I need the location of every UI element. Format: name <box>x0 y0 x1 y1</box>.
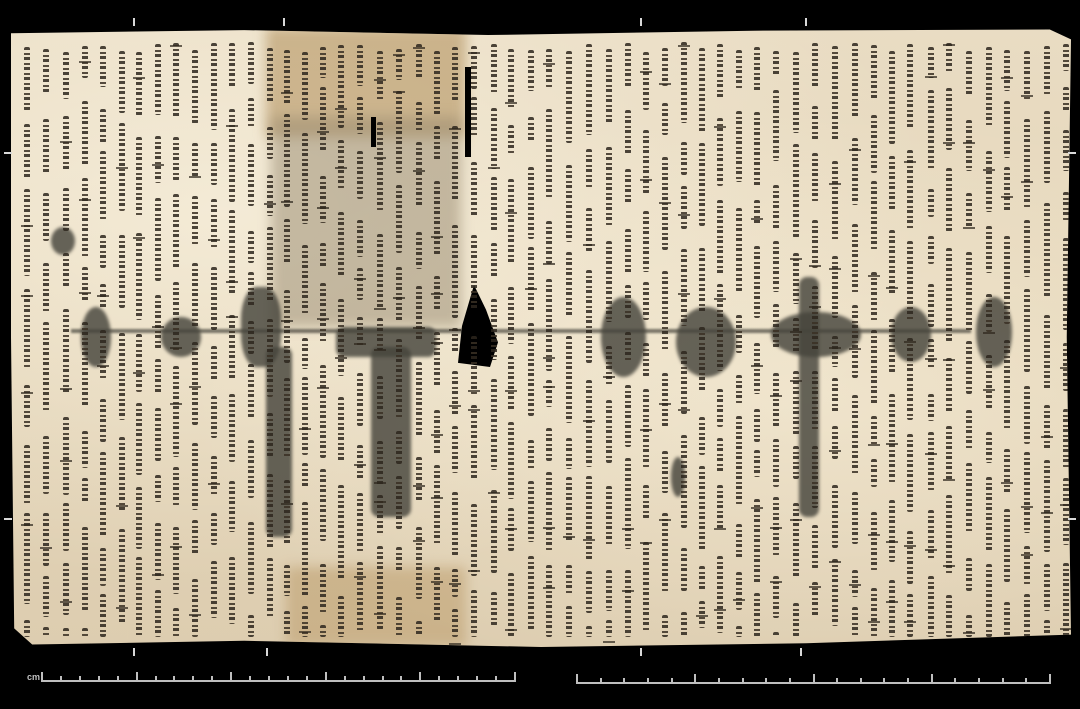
edge-marker <box>640 18 642 26</box>
minor-tick <box>457 676 459 682</box>
minor-tick <box>836 678 838 684</box>
minor-tick <box>789 678 791 684</box>
major-tick <box>576 674 578 684</box>
minor-tick <box>98 676 100 682</box>
minor-tick <box>192 676 194 682</box>
minor-tick <box>363 676 365 682</box>
minor-tick <box>117 676 119 682</box>
edge-marker <box>133 18 135 26</box>
minor-tick <box>268 676 270 682</box>
edge-marker <box>4 152 12 154</box>
major-tick <box>230 672 232 682</box>
edge-marker <box>640 648 642 656</box>
edge-marker <box>1068 152 1076 154</box>
minor-tick <box>1025 678 1027 684</box>
edge-marker <box>805 18 807 26</box>
minor-tick <box>79 676 81 682</box>
ink-drip <box>371 347 411 517</box>
minor-tick <box>211 676 213 682</box>
minor-tick <box>287 676 289 682</box>
scale-unit-label: cm <box>27 672 40 682</box>
minor-tick <box>155 676 157 682</box>
edge-marker <box>266 648 268 656</box>
scale-bar-left <box>42 664 515 684</box>
minor-tick <box>647 678 649 684</box>
major-tick <box>325 672 327 682</box>
scale-bar-right <box>577 666 1050 686</box>
minor-tick <box>382 676 384 682</box>
major-tick <box>694 674 696 684</box>
major-tick <box>813 674 815 684</box>
edge-marker <box>4 518 12 520</box>
minor-tick <box>860 678 862 684</box>
edge-marker <box>1068 518 1076 520</box>
minor-tick <box>671 678 673 684</box>
major-tick <box>931 674 933 684</box>
brown-stain-mid <box>271 117 461 327</box>
minor-tick <box>883 678 885 684</box>
minor-tick <box>476 676 478 682</box>
manuscript-paper <box>11 27 1071 647</box>
edge-marker <box>283 18 285 26</box>
ink-blot <box>51 227 75 255</box>
minor-tick <box>438 676 440 682</box>
paper-tear <box>371 117 376 147</box>
minor-tick <box>249 676 251 682</box>
minor-tick <box>1002 678 1004 684</box>
minor-tick <box>60 676 62 682</box>
minor-tick <box>765 678 767 684</box>
minor-tick <box>344 676 346 682</box>
minor-tick <box>742 678 744 684</box>
major-tick <box>514 672 516 682</box>
minor-tick <box>600 678 602 684</box>
major-tick <box>419 672 421 682</box>
minor-tick <box>623 678 625 684</box>
minor-tick <box>400 676 402 682</box>
minor-tick <box>306 676 308 682</box>
edge-marker <box>800 648 802 656</box>
major-tick <box>136 672 138 682</box>
minor-tick <box>495 676 497 682</box>
minor-tick <box>978 678 980 684</box>
edge-marker <box>133 648 135 656</box>
major-tick <box>41 672 43 682</box>
minor-tick <box>907 678 909 684</box>
minor-tick <box>954 678 956 684</box>
major-tick <box>1049 674 1051 684</box>
minor-tick <box>173 676 175 682</box>
minor-tick <box>718 678 720 684</box>
